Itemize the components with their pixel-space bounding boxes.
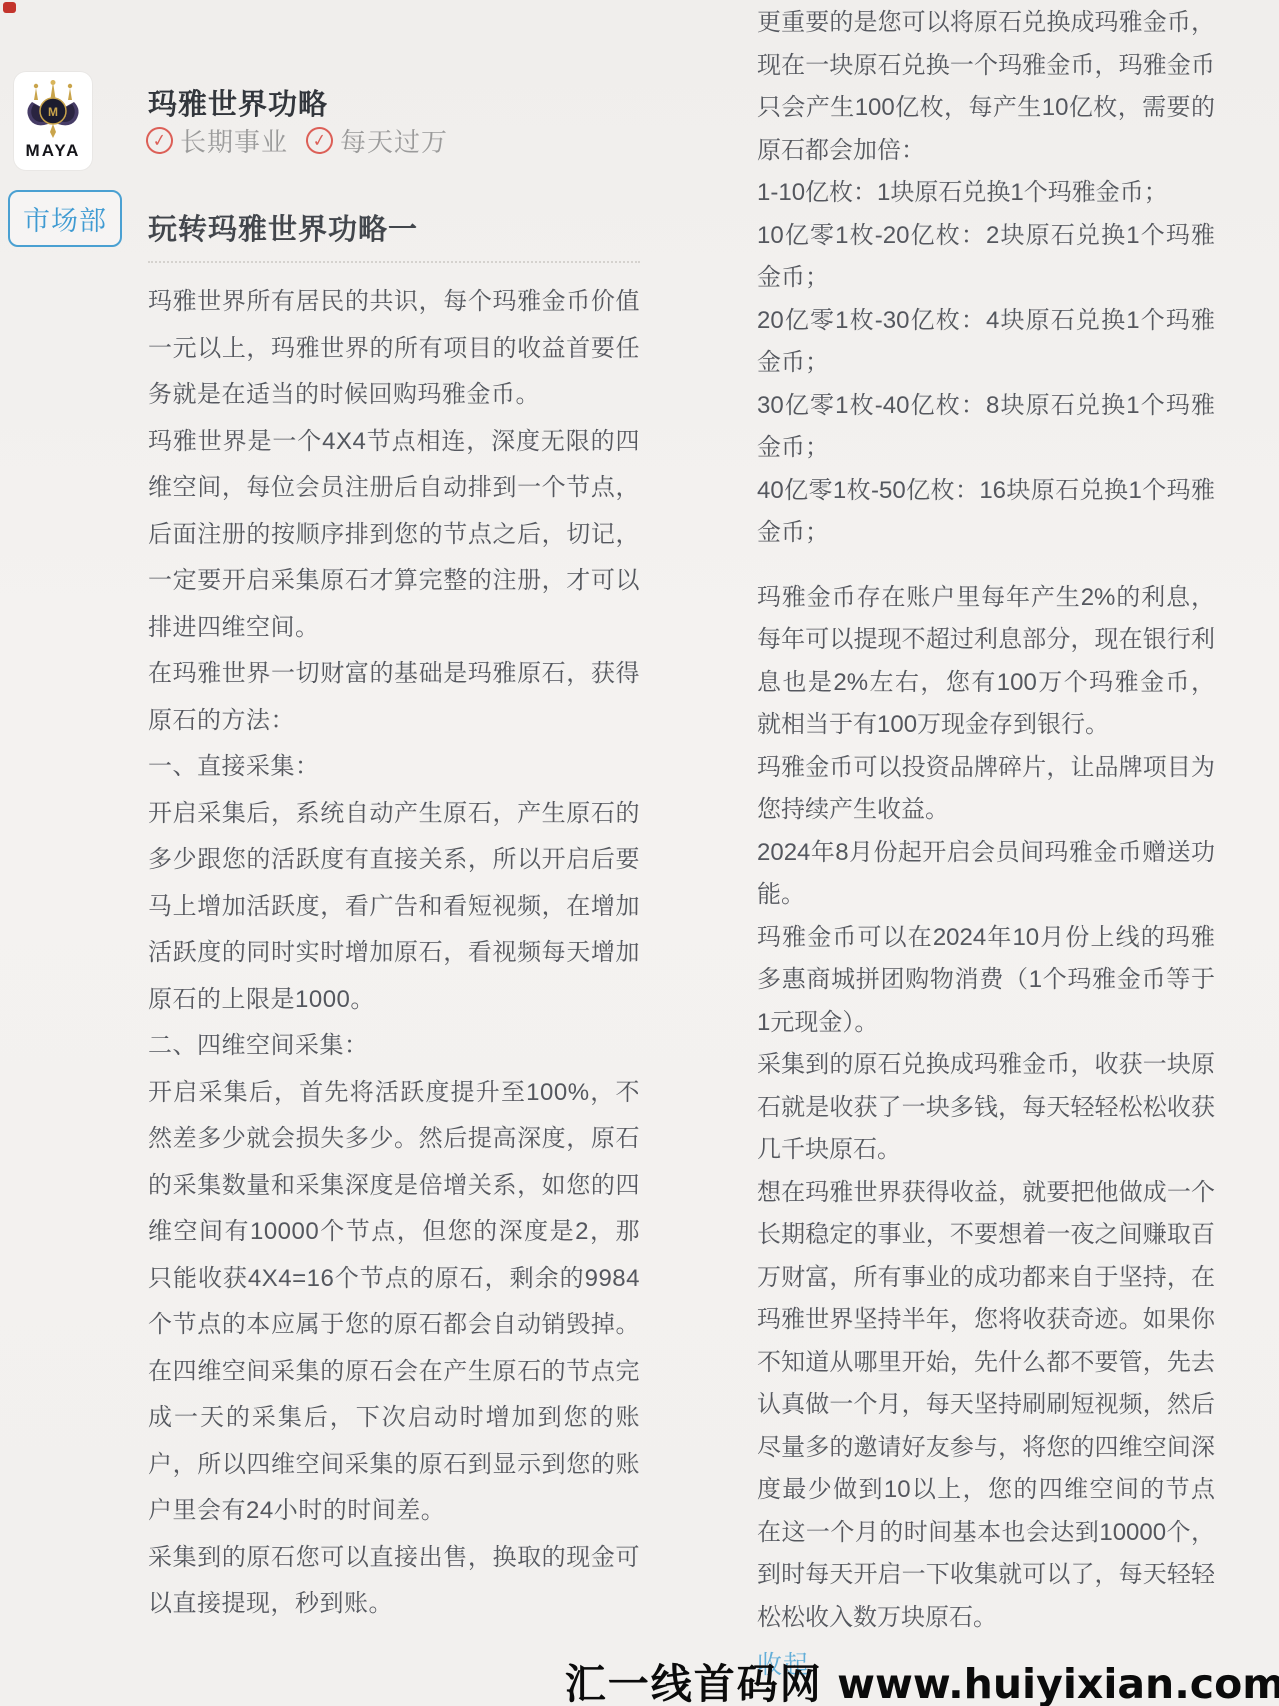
article-paragraph: 30亿零1枚-40亿枚：8块原石兑换1个玛雅金币； <box>757 385 1215 470</box>
check-circle-icon <box>144 125 174 155</box>
article-paragraph: 采集到的原石您可以直接出售，换取的现金可以直接提现，秒到账。 <box>148 1535 640 1628</box>
logo-brand-text: MAYA <box>26 141 81 161</box>
dotted-divider <box>148 261 640 263</box>
article-paragraph: 10亿零1枚-20亿枚：2块原石兑换1个玛雅金币； <box>757 215 1215 300</box>
page-title: 玛雅世界功略 <box>148 82 328 123</box>
article-paragraph: 在玛雅世界一切财富的基础是玛雅原石，获得原石的方法： <box>148 651 640 744</box>
article-paragraph: 玛雅世界所有居民的共识，每个玛雅金币价值一元以上，玛雅世界的所有项目的收益首要任… <box>148 279 640 419</box>
tag-label: 每天过万 <box>340 122 448 159</box>
article-right-paragraphs: 更重要的是您可以将原石兑换成玛雅金币，现在一块原石兑换一个玛雅金币，玛雅金币只会… <box>757 2 1215 1639</box>
article-paragraph: 玛雅金币可以投资品牌碎片，让品牌项目为您持续产生收益。 <box>757 747 1215 832</box>
article-paragraph: 玛雅金币可以在2024年10月份上线的玛雅多惠商城拼团购物消费（1个玛雅金币等于… <box>757 917 1215 1045</box>
article-paragraph: 1-10亿枚：1块原石兑换1个玛雅金币； <box>757 172 1215 215</box>
article-paragraph: 玛雅金币存在账户里每年产生2%的利息，每年可以提现不超过利息部分，现在银行利息也… <box>757 577 1215 747</box>
red-dot-icon <box>3 2 16 13</box>
article-paragraph: 开启采集后，首先将活跃度提升至100%，不然差多少就会损失多少。然后提高深度，原… <box>148 1070 640 1535</box>
article-paragraph: 想在玛雅世界获得收益，就要把他做成一个长期稳定的事业，不要想着一夜之间赚取百万财… <box>757 1172 1215 1640</box>
watermark-site-url: www.huiyixian.com <box>837 1660 1279 1706</box>
article-paragraph: 采集到的原石兑换成玛雅金币，收获一块原石就是收获了一块多钱，每天轻轻松松收获几千… <box>757 1044 1215 1172</box>
article-paragraph: 玛雅世界是一个4X4节点相连，深度无限的四维空间，每位会员注册后自动排到一个节点… <box>148 419 640 652</box>
article-paragraph: 2024年8月份起开启会员间玛雅金币赠送功能。 <box>757 832 1215 917</box>
article-paragraph: 一、直接采集： <box>148 744 640 791</box>
tag-list: 长期事业 每天过万 <box>146 122 448 159</box>
article-paragraph: 20亿零1枚-30亿枚：4块原石兑换1个玛雅金币； <box>757 300 1215 385</box>
article-paragraph: 更重要的是您可以将原石兑换成玛雅金币，现在一块原石兑换一个玛雅金币，玛雅金币只会… <box>757 2 1215 172</box>
site-watermark: 汇一线首码网 www.huiyixian.com <box>565 1651 1279 1706</box>
article-paragraph: 二、四维空间采集： <box>148 1023 640 1070</box>
tag-daily-income: 每天过万 <box>306 122 448 159</box>
article-page: M MAYA 玛雅世界功略 长期事业 每天过万 市场部 玩转玛雅世界功略一 玛雅… <box>0 0 1279 1706</box>
svg-text:M: M <box>48 105 58 119</box>
avatar: M MAYA <box>14 72 92 170</box>
check-circle-icon <box>304 125 334 155</box>
section-heading: 玩转玛雅世界功略一 <box>148 207 418 248</box>
department-badge[interactable]: 市场部 <box>8 190 122 247</box>
article-paragraph: 开启采集后，系统自动产生原石，产生原石的多少跟您的活跃度有直接关系，所以开启后要… <box>148 791 640 1024</box>
article-left-column: 玛雅世界所有居民的共识，每个玛雅金币价值一元以上，玛雅世界的所有项目的收益首要任… <box>148 279 640 1628</box>
tag-label: 长期事业 <box>180 122 288 159</box>
tag-long-term: 长期事业 <box>146 122 288 159</box>
article-right-column: 更重要的是您可以将原石兑换成玛雅金币，现在一块原石兑换一个玛雅金币，玛雅金币只会… <box>757 2 1215 1681</box>
watermark-site-name: 汇一线首码网 <box>565 1660 823 1706</box>
maya-crown-logo-icon: M <box>22 80 84 140</box>
article-paragraph: 40亿零1枚-50亿枚：16块原石兑换1个玛雅金币； <box>757 470 1215 555</box>
